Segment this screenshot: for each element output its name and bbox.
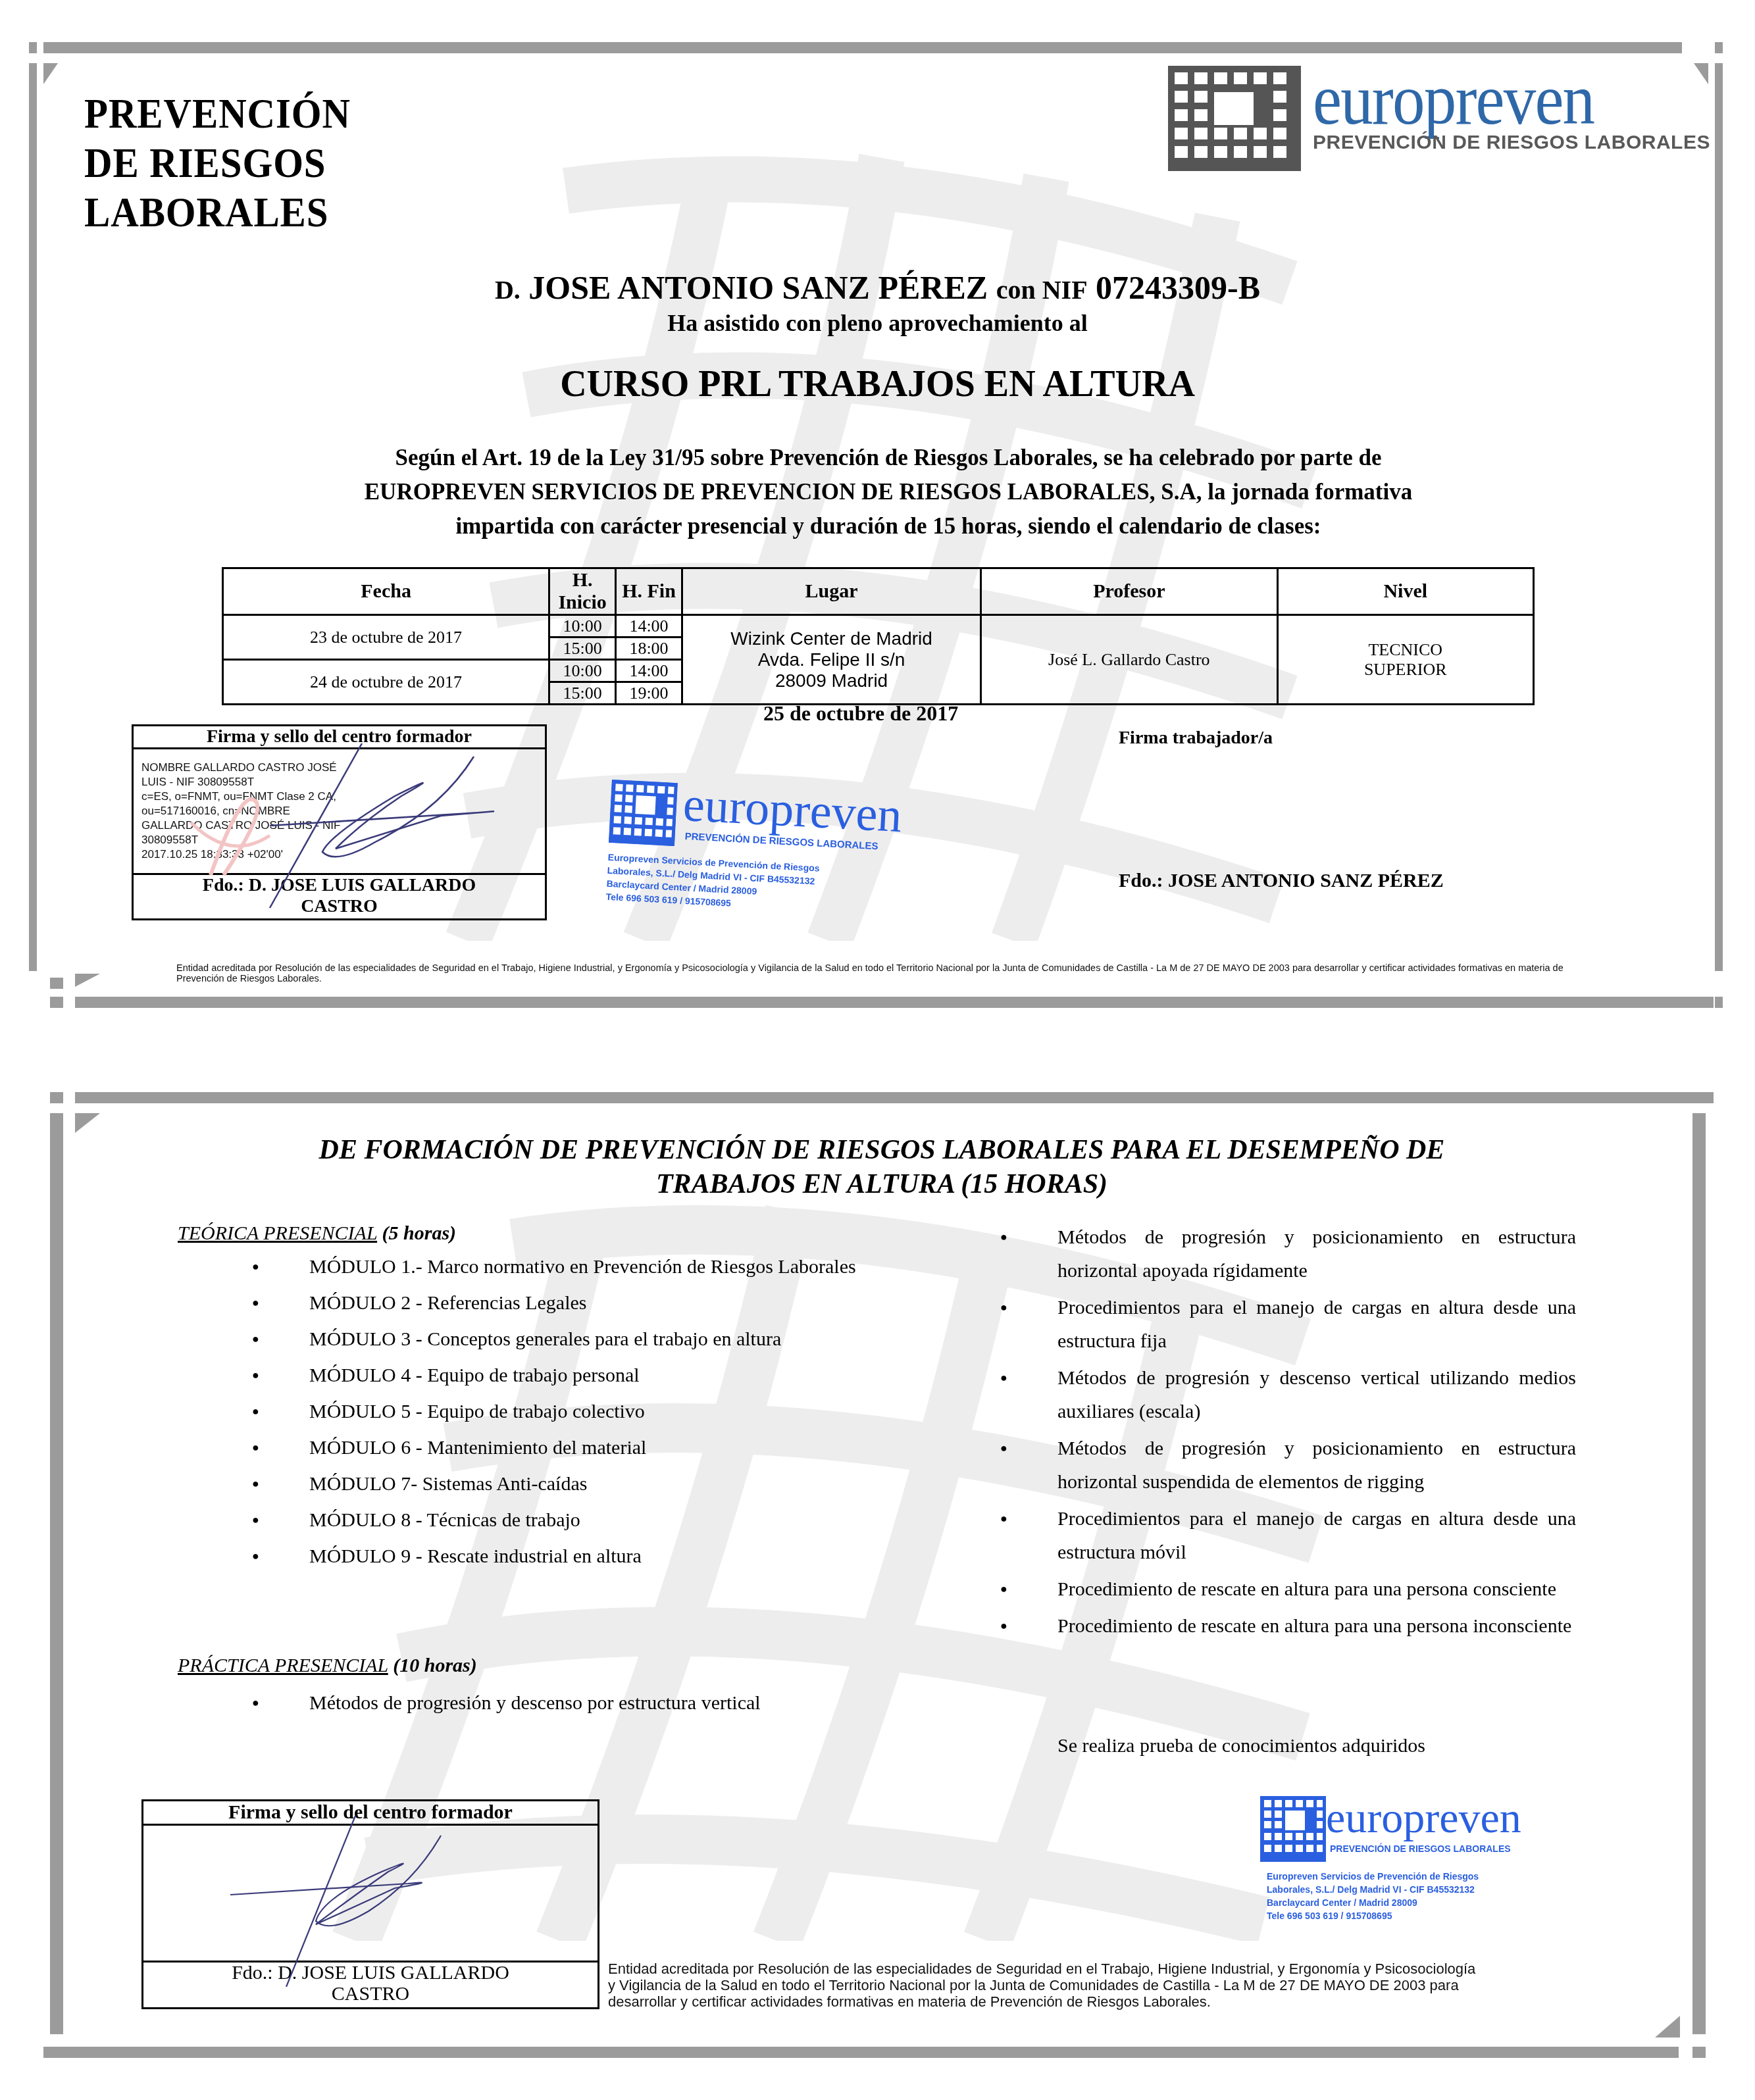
program-title-line: TRABAJOS EN ALTURA (15 HORAS): [171, 1167, 1592, 1201]
table-row: 23 de octubre de 2017 10:00 14:00 Wizink…: [223, 615, 1534, 637]
list-item: Procedimiento de rescate en altura para …: [1000, 1572, 1576, 1606]
date-cell: 23 de octubre de 2017: [223, 615, 549, 660]
start-time-cell: 10:00: [549, 660, 616, 682]
header-title-line: LABORALES: [84, 187, 351, 237]
attended-text: Ha asistido con pleno aprovechamiento al: [0, 309, 1755, 337]
attendee-name: JOSE ANTONIO SANZ PÉREZ: [528, 269, 988, 306]
stamp-address-line: Laborales, S.L./ Delg Madrid VI - CIF B4…: [1267, 1883, 1479, 1896]
signed-by: Fdo.: D. JOSE LUIS GALLARDO CASTRO: [134, 873, 545, 918]
column-header: Fecha: [223, 568, 549, 615]
end-time-cell: 18:00: [616, 637, 682, 660]
frame-corner-triangle: [1694, 63, 1708, 84]
stamp-tagline: PREVENCIÓN DE RIESGOS LABORALES: [1330, 1843, 1511, 1854]
program-title-line: DE FORMACIÓN DE PREVENCIÓN DE RIESGOS LA…: [171, 1133, 1592, 1167]
signed-by: Fdo.: D. JOSE LUIS GALLARDO CASTRO: [143, 1961, 598, 2007]
frame-corner: [50, 978, 63, 989]
frame-right-bar: [1692, 1113, 1706, 2034]
frame-corner: [1715, 997, 1723, 1008]
level-line: SUPERIOR: [1279, 660, 1533, 680]
worker-signed-by: Fdo.: JOSE ANTONIO SANZ PÉREZ: [1119, 870, 1444, 892]
nif-label: con NIF: [996, 275, 1088, 305]
legal-line: Según el Art. 19 de la Ley 31/95 sobre P…: [197, 441, 1579, 475]
accreditation-line: y Vigilancia de la Salud en todo el Terr…: [608, 1977, 1621, 1993]
list-item: MÓDULO 9 - Rescate industrial en altura: [252, 1539, 884, 1573]
attendee-nif: 07243309-B: [1096, 269, 1260, 306]
list-item: MÓDULO 3 - Conceptos generales para el t…: [252, 1322, 884, 1356]
list-item: MÓDULO 2 - Referencias Legales: [252, 1286, 884, 1320]
frame-corner: [50, 997, 63, 1008]
frame-corner-triangle: [43, 63, 58, 84]
table-header-row: Fecha H. Inicio H. Fin Lugar Profesor Ni…: [223, 568, 1534, 615]
stamp-address-line: Europreven Servicios de Prevención de Ri…: [1267, 1870, 1479, 1883]
digital-certificate-text: NOMBRE GALLARDO CASTRO JOSÉ LUIS - NIF 3…: [141, 761, 340, 862]
frame-top-bar: [43, 42, 1682, 53]
list-item: MÓDULO 1.- Marco normativo en Prevención…: [252, 1250, 884, 1284]
practice-section-heading: PRÁCTICA PRESENCIAL (10 horas): [178, 1655, 477, 1677]
header-title-line: DE RIESGOS: [84, 138, 351, 187]
header-title-line: PREVENCIÓN: [84, 89, 351, 138]
accreditation-line: desarrollar y certificar actividades for…: [608, 1993, 1621, 2010]
list-item: Procedimientos para el manejo de cargas …: [1000, 1502, 1576, 1569]
location-line: Wizink Center de Madrid: [683, 628, 980, 649]
logo-tagline: PREVENCIÓN DE RIESGOS LABORALES: [1313, 132, 1710, 154]
list-item: Métodos de progresión y descenso vertica…: [1000, 1361, 1576, 1428]
frame-top-bar: [75, 1092, 1714, 1103]
frame-corner: [1715, 42, 1723, 53]
legal-line: EUROPREVEN SERVICIOS DE PREVENCION DE RI…: [197, 475, 1579, 509]
schedule-table: Fecha H. Inicio H. Fin Lugar Profesor Ni…: [222, 567, 1535, 705]
end-time-cell: 14:00: [616, 660, 682, 682]
cert-line: GALLARDO CASTRO JOSÉ LUIS - NIF: [141, 818, 340, 833]
europreven-logo: europreven PREVENCIÓN DE RIESGOS LABORAL…: [1168, 66, 1668, 171]
theory-module-list: MÓDULO 1.- Marco normativo en Prevención…: [252, 1250, 884, 1576]
column-header: Nivel: [1277, 568, 1534, 615]
section-hours: (5 horas): [382, 1222, 457, 1244]
company-stamp: europreven PREVENCIÓN DE RIESGOS LABORAL…: [1260, 1796, 1569, 1947]
frame-corner-triangle: [75, 1113, 100, 1133]
cert-line: 30809558T: [141, 833, 340, 847]
end-time-cell: 19:00: [616, 682, 682, 705]
certificate-page-front: PREVENCIÓN DE RIESGOS LABORALES europrev…: [0, 0, 1755, 1026]
column-header: H. Inicio: [549, 568, 616, 615]
level-line: TECNICO: [1279, 640, 1533, 660]
start-time-cell: 15:00: [549, 637, 616, 660]
signed-by-line: CASTRO: [134, 896, 545, 917]
cert-line: 2017.10.25 18:33:33 +02'00': [141, 847, 340, 862]
stamp-address: Europreven Servicios de Prevención de Ri…: [605, 851, 820, 914]
end-time-cell: 14:00: [616, 615, 682, 637]
list-item: MÓDULO 5 - Equipo de trabajo colectivo: [252, 1395, 884, 1428]
section-hours: (10 horas): [393, 1655, 477, 1676]
europreven-grid-logo-icon: [609, 780, 678, 846]
column-header: H. Fin: [616, 568, 682, 615]
signature-box-header: Firma y sello del centro formador: [134, 726, 545, 749]
list-item: MÓDULO 6 - Mantenimiento del material: [252, 1431, 884, 1464]
list-item: Procedimiento de rescate en altura para …: [1000, 1609, 1576, 1643]
course-title: CURSO PRL TRABAJOS EN ALTURA: [0, 363, 1755, 405]
column-header: Lugar: [682, 568, 980, 615]
issue-date: 25 de octubre de 2017: [763, 701, 958, 726]
cert-line: NOMBRE GALLARDO CASTRO JOSÉ: [141, 761, 340, 775]
list-item: Métodos de progresión y posicionamiento …: [1000, 1220, 1576, 1287]
frame-corner: [1692, 2047, 1706, 2058]
level-cell: TECNICO SUPERIOR: [1277, 615, 1534, 705]
cert-line: c=ES, o=FNMT, ou=FNMT Clase 2 CA,: [141, 789, 340, 804]
list-item: MÓDULO 8 - Técnicas de trabajo: [252, 1503, 884, 1537]
program-title: DE FORMACIÓN DE PREVENCIÓN DE RIESGOS LA…: [171, 1133, 1592, 1201]
column-header: Profesor: [981, 568, 1277, 615]
stamp-address: Europreven Servicios de Prevención de Ri…: [1267, 1870, 1479, 1922]
list-item: Métodos de progresión y descenso por est…: [252, 1686, 884, 1720]
trainer-signature-box: Firma y sello del centro formador Fdo.: …: [141, 1799, 599, 2009]
section-label: TEÓRICA PRESENCIAL: [178, 1222, 377, 1244]
accreditation-note: Entidad acreditada por Resolución de las…: [608, 1961, 1621, 2010]
list-item: Métodos de progresión y posicionamiento …: [1000, 1432, 1576, 1499]
knowledge-test-note: Se realiza prueba de conocimientos adqui…: [1057, 1735, 1425, 1757]
cert-line: ou=517160016, cn=NOMBRE: [141, 804, 340, 818]
frame-right-bar: [1715, 63, 1723, 971]
frame-corner: [50, 1092, 63, 1103]
start-time-cell: 10:00: [549, 615, 616, 637]
legal-paragraph: Según el Art. 19 de la Ley 31/95 sobre P…: [197, 441, 1579, 543]
frame-left-bar: [50, 1113, 63, 2034]
section-label: PRÁCTICA PRESENCIAL: [178, 1655, 388, 1676]
accreditation-line: Entidad acreditada por Resolución de las…: [608, 1961, 1621, 1977]
location-cell: Wizink Center de Madrid Avda. Felipe II …: [682, 615, 980, 705]
stamp-address-line: Barclaycard Center / Madrid 28009: [1267, 1896, 1479, 1909]
frame-corner: [29, 42, 37, 53]
signed-by-line: CASTRO: [143, 1984, 598, 2005]
frame-bottom-bar: [75, 997, 1714, 1008]
logo-wordmark: europreven: [1313, 57, 1594, 142]
practice-item-list: Métodos de progresión y descenso por est…: [252, 1686, 884, 1720]
date-cell: 24 de octubre de 2017: [223, 660, 549, 705]
europreven-grid-logo-icon: [1168, 66, 1301, 171]
worker-signature-label: Firma trabajador/a: [1119, 728, 1273, 749]
attendee-line: D. JOSE ANTONIO SANZ PÉREZ con NIF 07243…: [0, 268, 1755, 307]
frame-bottom-bar: [43, 2047, 1679, 2058]
trainer-signature-box: Firma y sello del centro formador NOMBRE…: [132, 724, 547, 920]
header-title: PREVENCIÓN DE RIESGOS LABORALES: [84, 89, 351, 237]
legal-line: impartida con carácter presencial y dura…: [197, 509, 1579, 543]
europreven-grid-logo-icon: [1260, 1796, 1326, 1862]
location-line: Avda. Felipe II s/n: [683, 649, 980, 670]
practice-item-list-continued: Métodos de progresión y posicionamiento …: [1000, 1220, 1576, 1646]
signature-box-header: Firma y sello del centro formador: [143, 1801, 598, 1826]
signed-by-line: Fdo.: D. JOSE LUIS GALLARDO: [143, 1963, 598, 1984]
accreditation-note: Entidad acreditada por Resolución de las…: [176, 963, 1578, 984]
attendee-prefix: D.: [495, 275, 521, 305]
location-line: 28009 Madrid: [683, 670, 980, 691]
theory-section-heading: TEÓRICA PRESENCIAL (5 horas): [178, 1222, 456, 1245]
cert-line: LUIS - NIF 30809558T: [141, 775, 340, 789]
stamp-address-line: Tele 696 503 619 / 915708695: [1267, 1909, 1479, 1922]
frame-corner-triangle: [75, 974, 100, 987]
list-item: MÓDULO 7- Sistemas Anti-caídas: [252, 1467, 884, 1501]
frame-corner-triangle: [1655, 2016, 1680, 2038]
frame-left-bar: [29, 63, 37, 971]
stamp-wordmark: europreven: [1326, 1793, 1521, 1843]
company-stamp: europreven PREVENCIÓN DE RIESGOS LABORAL…: [603, 780, 927, 954]
list-item: MÓDULO 4 - Equipo de trabajo personal: [252, 1359, 884, 1392]
start-time-cell: 15:00: [549, 682, 616, 705]
list-item: Procedimientos para el manejo de cargas …: [1000, 1291, 1576, 1358]
teacher-cell: José L. Gallardo Castro: [981, 615, 1277, 705]
signed-by-line: Fdo.: D. JOSE LUIS GALLARDO: [134, 875, 545, 896]
